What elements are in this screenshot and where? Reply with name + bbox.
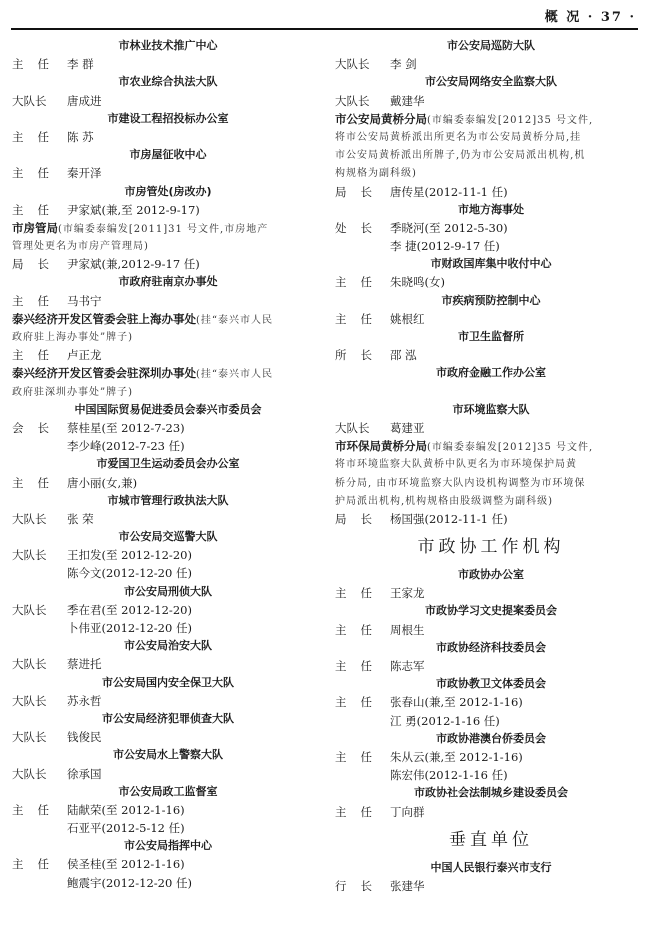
officer-entry: 大队长王扣发(至 2012-12-20) bbox=[12, 546, 324, 564]
officer-name: 陈志军 bbox=[390, 657, 425, 675]
org-description: 市公安局黄桥派出所牌子,仍为市公安局派出机构,机 bbox=[335, 150, 585, 161]
officer-name: 季在君(至 2012-12-20) bbox=[67, 601, 192, 619]
officer-title: 主任 bbox=[12, 164, 67, 182]
officer-title: 主任 bbox=[335, 273, 390, 291]
officer-name: 李 剑 bbox=[390, 55, 417, 73]
org-note-continued: 构规格为副科级) bbox=[335, 164, 647, 182]
org-heading: 市房管处(房改办) bbox=[12, 183, 324, 201]
officer-name: 李少峰(2012-7-23 任) bbox=[67, 437, 185, 455]
officer-entry: 主任鲍震宇(2012-12-20 任) bbox=[12, 874, 324, 892]
officer-name: 王扣发(至 2012-12-20) bbox=[67, 546, 192, 564]
officer-title: 主任 bbox=[335, 803, 390, 821]
running-head: 概 况 · 37 · bbox=[545, 6, 636, 25]
officer-entry: 主任张春山(兼,至 2012-1-16) bbox=[335, 693, 647, 711]
section-title: 市政协工作机构 bbox=[335, 528, 647, 566]
org-heading: 市林业技术推广中心 bbox=[12, 37, 324, 55]
org-note: 市公安局黄桥分局(市编委泰编发[2012]35 号文件, bbox=[335, 110, 647, 128]
officer-entry: 主任陈今文(2012-12-20 任) bbox=[12, 564, 324, 582]
officer-title: 行长 bbox=[335, 877, 390, 895]
officer-title: 主任 bbox=[12, 346, 67, 364]
org-note: 市房管局(市编委泰编发[2011]31 号文件,市房地产 bbox=[12, 219, 324, 237]
officer-entry: 处长季晓河(至 2012-5-30) bbox=[335, 219, 647, 237]
officer-entry: 主任王家龙 bbox=[335, 584, 647, 602]
org-description: 管理处更名为市房产管理局) bbox=[12, 241, 149, 252]
org-heading: 市公安局刑侦大队 bbox=[12, 583, 324, 601]
officer-name: 蔡桂星(至 2012-7-23) bbox=[67, 419, 185, 437]
officer-name: 唐成进 bbox=[67, 92, 102, 110]
org-description: 将市公安局黄桥派出所更名为市公安局黄桥分局,挂 bbox=[335, 132, 581, 143]
officer-title: 主任 bbox=[12, 855, 67, 873]
officer-title: 大队长 bbox=[12, 546, 67, 564]
officer-name: 侯圣桂(至 2012-1-16) bbox=[67, 855, 185, 873]
officer-title: 会长 bbox=[12, 419, 67, 437]
officer-title: 大队长 bbox=[12, 692, 67, 710]
org-description: (市编委泰编发[2012]35 号文件, bbox=[427, 442, 593, 453]
org-note-continued: 护局派出机构,机构规格由股级调整为副科级) bbox=[335, 492, 647, 510]
officer-title: 主任 bbox=[335, 621, 390, 639]
officer-entry: 主任秦开泽 bbox=[12, 164, 324, 182]
officer-name: 张 荣 bbox=[67, 510, 94, 528]
officer-name: 张建华 bbox=[390, 877, 425, 895]
org-description: (市编委泰编发[2012]35 号文件, bbox=[427, 115, 593, 126]
officer-name: 陆献荣(至 2012-1-16) bbox=[67, 801, 185, 819]
org-note-continued: 市公安局黄桥派出所牌子,仍为市公安局派出机构,机 bbox=[335, 146, 647, 164]
org-heading: 市公安局网络安全监察大队 bbox=[335, 73, 647, 91]
org-heading: 市爱国卫生运动委员会办公室 bbox=[12, 455, 324, 473]
officer-name: 苏永哲 bbox=[67, 692, 102, 710]
org-heading: 市公安局指挥中心 bbox=[12, 837, 324, 855]
org-description: 将市环境监察大队黄桥中队更名为市环境保护局黄 bbox=[335, 459, 577, 470]
org-heading: 市城市管理行政执法大队 bbox=[12, 492, 324, 510]
officer-title: 大队长 bbox=[335, 55, 390, 73]
org-heading: 市政协教卫文体委员会 bbox=[335, 675, 647, 693]
officer-name: 戴建华 bbox=[390, 92, 425, 110]
officer-title: 大队长 bbox=[12, 728, 67, 746]
officer-name: 马书宁 bbox=[67, 292, 102, 310]
officer-name: 丁向群 bbox=[390, 803, 425, 821]
officer-entry: 大队长唐成进 bbox=[12, 92, 324, 110]
officer-entry: 主任尹家斌(兼,至 2012-9-17) bbox=[12, 201, 324, 219]
officer-title: 主任 bbox=[12, 55, 67, 73]
officer-name: 周根生 bbox=[390, 621, 425, 639]
officer-entry: 主任姚根红 bbox=[335, 310, 647, 328]
officer-name: 江 勇(2012-1-16 任) bbox=[390, 712, 500, 730]
org-heading: 市公安局经济犯罪侦查大队 bbox=[12, 710, 324, 728]
officer-name: 葛建亚 bbox=[390, 419, 425, 437]
officer-name: 鲍震宇(2012-12-20 任) bbox=[67, 874, 192, 892]
officer-name: 钱俊民 bbox=[67, 728, 102, 746]
officer-title: 处长 bbox=[335, 219, 390, 237]
officer-title: 主任 bbox=[335, 657, 390, 675]
officer-name: 蔡进托 bbox=[67, 655, 102, 673]
org-description: (市编委泰编发[2011]31 号文件,市房地产 bbox=[58, 224, 268, 235]
org-heading: 市环境监察大队 bbox=[335, 401, 647, 419]
officer-entry: 大队长徐承国 bbox=[12, 765, 324, 783]
officer-name: 唐传星(2012-11-1 任) bbox=[390, 183, 508, 201]
org-heading: 市公安局巡防大队 bbox=[335, 37, 647, 55]
org-note-continued: 桥分局, 由市环境监察大队内设机构调整为市环境保 bbox=[335, 474, 647, 492]
org-heading: 市公安局水上警察大队 bbox=[12, 746, 324, 764]
org-heading: 市政府驻南京办事处 bbox=[12, 273, 324, 291]
org-heading: 市地方海事处 bbox=[335, 201, 647, 219]
officer-entry: 主任马书宁 bbox=[12, 292, 324, 310]
org-name: 市公安局黄桥分局 bbox=[335, 112, 427, 126]
officer-title: 大队长 bbox=[335, 92, 390, 110]
officer-name: 季晓河(至 2012-5-30) bbox=[390, 219, 508, 237]
officer-entry: 局长唐传星(2012-11-1 任) bbox=[335, 183, 647, 201]
officer-entry: 大队长钱俊民 bbox=[12, 728, 324, 746]
officer-title: 主任 bbox=[12, 128, 67, 146]
officer-title: 主任 bbox=[335, 748, 390, 766]
officer-entry: 主任石亚平(2012-5-12 任) bbox=[12, 819, 324, 837]
org-description: 政府驻上海办事处”牌子) bbox=[12, 332, 133, 343]
officer-entry: 主任李少峰(2012-7-23 任) bbox=[12, 437, 324, 455]
officer-title: 局长 bbox=[12, 255, 67, 273]
org-name: 泰兴经济开发区管委会驻深圳办事处 bbox=[12, 366, 196, 380]
officer-title: 局长 bbox=[335, 510, 390, 528]
officer-entry: 大队长苏永哲 bbox=[12, 692, 324, 710]
officer-name: 石亚平(2012-5-12 任) bbox=[67, 819, 185, 837]
org-heading: 市财政国库集中收付中心 bbox=[335, 255, 647, 273]
officer-title: 大队长 bbox=[12, 510, 67, 528]
org-name: 市房管局 bbox=[12, 221, 58, 235]
org-name: 泰兴经济开发区管委会驻上海办事处 bbox=[12, 312, 196, 326]
org-heading: 市公安局政工监督室 bbox=[12, 783, 324, 801]
officer-name: 卢正龙 bbox=[67, 346, 102, 364]
org-note-continued: 管理处更名为市房产管理局) bbox=[12, 237, 324, 255]
org-note-continued: 政府驻上海办事处”牌子) bbox=[12, 328, 324, 346]
org-heading: 市房屋征收中心 bbox=[12, 146, 324, 164]
org-heading: 中国人民银行泰兴市支行 bbox=[335, 859, 647, 877]
org-heading: 市政协办公室 bbox=[335, 566, 647, 584]
officer-name: 李 群 bbox=[67, 55, 94, 73]
officer-name: 尹家斌(兼,2012-9-17 任) bbox=[67, 255, 200, 273]
officer-entry: 主任陈志军 bbox=[335, 657, 647, 675]
officer-name: 陈宏伟(2012-1-16 任) bbox=[390, 766, 508, 784]
officer-title: 主任 bbox=[335, 584, 390, 602]
officer-name: 邵 泓 bbox=[390, 346, 417, 364]
officer-title: 主任 bbox=[12, 201, 67, 219]
officer-name: 唐小丽(女,兼) bbox=[67, 474, 137, 492]
officer-entry: 行长张建华 bbox=[335, 877, 647, 895]
officer-entry: 主任周根生 bbox=[335, 621, 647, 639]
org-heading: 市公安局治安大队 bbox=[12, 637, 324, 655]
officer-entry: 大队长季在君(至 2012-12-20) bbox=[12, 601, 324, 619]
page-header: 概 况 · 37 · bbox=[0, 0, 650, 34]
org-heading: 市政协学习文史提案委员会 bbox=[335, 602, 647, 620]
left-column: 市林业技术推广中心主任李 群市农业综合执法大队大队长唐成进市建设工程招投标办公室… bbox=[12, 37, 324, 892]
officer-name: 陈今文(2012-12-20 任) bbox=[67, 564, 192, 582]
officer-title: 大队长 bbox=[12, 655, 67, 673]
org-note: 泰兴经济开发区管委会驻上海办事处(挂“泰兴市人民 bbox=[12, 310, 324, 328]
org-description: 构规格为副科级) bbox=[335, 168, 417, 179]
org-heading: 市政府金融工作办公室 bbox=[335, 364, 647, 382]
officer-entry: 主任卢正龙 bbox=[12, 346, 324, 364]
org-description: 政府驻深圳办事处”牌子) bbox=[12, 387, 133, 398]
officer-name: 秦开泽 bbox=[67, 164, 102, 182]
officer-entry: 局长尹家斌(兼,2012-9-17 任) bbox=[12, 255, 324, 273]
officer-title: 所长 bbox=[335, 346, 390, 364]
org-heading: 市建设工程招投标办公室 bbox=[12, 110, 324, 128]
officer-name: 李 捷(2012-9-17 任) bbox=[390, 237, 500, 255]
officer-name: 朱从云(兼,至 2012-1-16) bbox=[390, 748, 523, 766]
officer-title: 主任 bbox=[12, 292, 67, 310]
org-heading: 市农业综合执法大队 bbox=[12, 73, 324, 91]
officer-entry: 主任李 群 bbox=[12, 55, 324, 73]
officer-entry: 主任卜伟亚(2012-12-20 任) bbox=[12, 619, 324, 637]
officer-title: 主任 bbox=[335, 310, 390, 328]
org-note-continued: 将市环境监察大队黄桥中队更名为市环境保护局黄 bbox=[335, 455, 647, 473]
officer-entry: 大队长李 剑 bbox=[335, 55, 647, 73]
header-rule bbox=[11, 28, 638, 30]
officer-title: 主任 bbox=[12, 474, 67, 492]
officer-entry: 主任朱从云(兼,至 2012-1-16) bbox=[335, 748, 647, 766]
org-heading: 市卫生监督所 bbox=[335, 328, 647, 346]
org-description: (挂“泰兴市人民 bbox=[196, 315, 273, 326]
right-column: 市公安局巡防大队大队长李 剑市公安局网络安全监察大队大队长戴建华市公安局黄桥分局… bbox=[335, 37, 647, 895]
org-heading: 市疾病预防控制中心 bbox=[335, 292, 647, 310]
officer-entry: 主任江 勇(2012-1-16 任) bbox=[335, 712, 647, 730]
page-number: · 37 · bbox=[588, 10, 636, 25]
org-note: 泰兴经济开发区管委会驻深圳办事处(挂“泰兴市人民 bbox=[12, 364, 324, 382]
org-heading: 市政协港澳台侨委员会 bbox=[335, 730, 647, 748]
org-heading: 市公安局交巡警大队 bbox=[12, 528, 324, 546]
officer-title: 大队长 bbox=[12, 765, 67, 783]
officer-name: 陈 苏 bbox=[67, 128, 94, 146]
section-title: 垂直单位 bbox=[335, 821, 647, 859]
section-name: 概 况 bbox=[545, 10, 582, 25]
officer-entry: 主任陆献荣(至 2012-1-16) bbox=[12, 801, 324, 819]
org-heading: 市政协社会法制城乡建设委员会 bbox=[335, 784, 647, 802]
officer-entry: 大队长葛建亚 bbox=[335, 419, 647, 437]
officer-name: 张春山(兼,至 2012-1-16) bbox=[390, 693, 523, 711]
org-description: (挂“泰兴市人民 bbox=[196, 369, 273, 380]
officer-title: 主任 bbox=[335, 693, 390, 711]
officer-entry: 所长邵 泓 bbox=[335, 346, 647, 364]
officer-name: 卜伟亚(2012-12-20 任) bbox=[67, 619, 192, 637]
org-note: 市环保局黄桥分局(市编委泰编发[2012]35 号文件, bbox=[335, 437, 647, 455]
officer-title: 主任 bbox=[12, 801, 67, 819]
officer-name: 尹家斌(兼,至 2012-9-17) bbox=[67, 201, 200, 219]
officer-title: 大队长 bbox=[12, 601, 67, 619]
officer-title: 大队长 bbox=[12, 92, 67, 110]
org-heading: 市政协经济科技委员会 bbox=[335, 639, 647, 657]
officer-entry: 主任陈 苏 bbox=[12, 128, 324, 146]
officer-name: 朱晓鸣(女) bbox=[390, 273, 445, 291]
officer-name: 杨国强(2012-11-1 任) bbox=[390, 510, 508, 528]
officer-entry: 大队长戴建华 bbox=[335, 92, 647, 110]
officer-entry: 局长杨国强(2012-11-1 任) bbox=[335, 510, 647, 528]
officer-name: 徐承国 bbox=[67, 765, 102, 783]
officer-name: 姚根红 bbox=[390, 310, 425, 328]
officer-entry: 主任侯圣桂(至 2012-1-16) bbox=[12, 855, 324, 873]
officer-entry: 主任唐小丽(女,兼) bbox=[12, 474, 324, 492]
officer-name: 王家龙 bbox=[390, 584, 425, 602]
officer-entry: 主任陈宏伟(2012-1-16 任) bbox=[335, 766, 647, 784]
org-description: 护局派出机构,机构规格由股级调整为副科级) bbox=[335, 496, 553, 507]
officer-entry: 主任朱晓鸣(女) bbox=[335, 273, 647, 291]
officer-entry: 主任丁向群 bbox=[335, 803, 647, 821]
org-name: 市环保局黄桥分局 bbox=[335, 439, 427, 453]
org-note-continued: 将市公安局黄桥派出所更名为市公安局黄桥分局,挂 bbox=[335, 128, 647, 146]
officer-entry: 会长蔡桂星(至 2012-7-23) bbox=[12, 419, 324, 437]
officer-title: 局长 bbox=[335, 183, 390, 201]
blank-line bbox=[335, 383, 647, 401]
officer-title: 大队长 bbox=[335, 419, 390, 437]
org-description: 桥分局, 由市环境监察大队内设机构调整为市环境保 bbox=[335, 478, 585, 489]
officer-entry: 主任李 捷(2012-9-17 任) bbox=[335, 237, 647, 255]
officer-entry: 大队长蔡进托 bbox=[12, 655, 324, 673]
org-heading: 中国国际贸易促进委员会泰兴市委员会 bbox=[12, 401, 324, 419]
org-note-continued: 政府驻深圳办事处”牌子) bbox=[12, 383, 324, 401]
officer-entry: 大队长张 荣 bbox=[12, 510, 324, 528]
org-heading: 市公安局国内安全保卫大队 bbox=[12, 674, 324, 692]
